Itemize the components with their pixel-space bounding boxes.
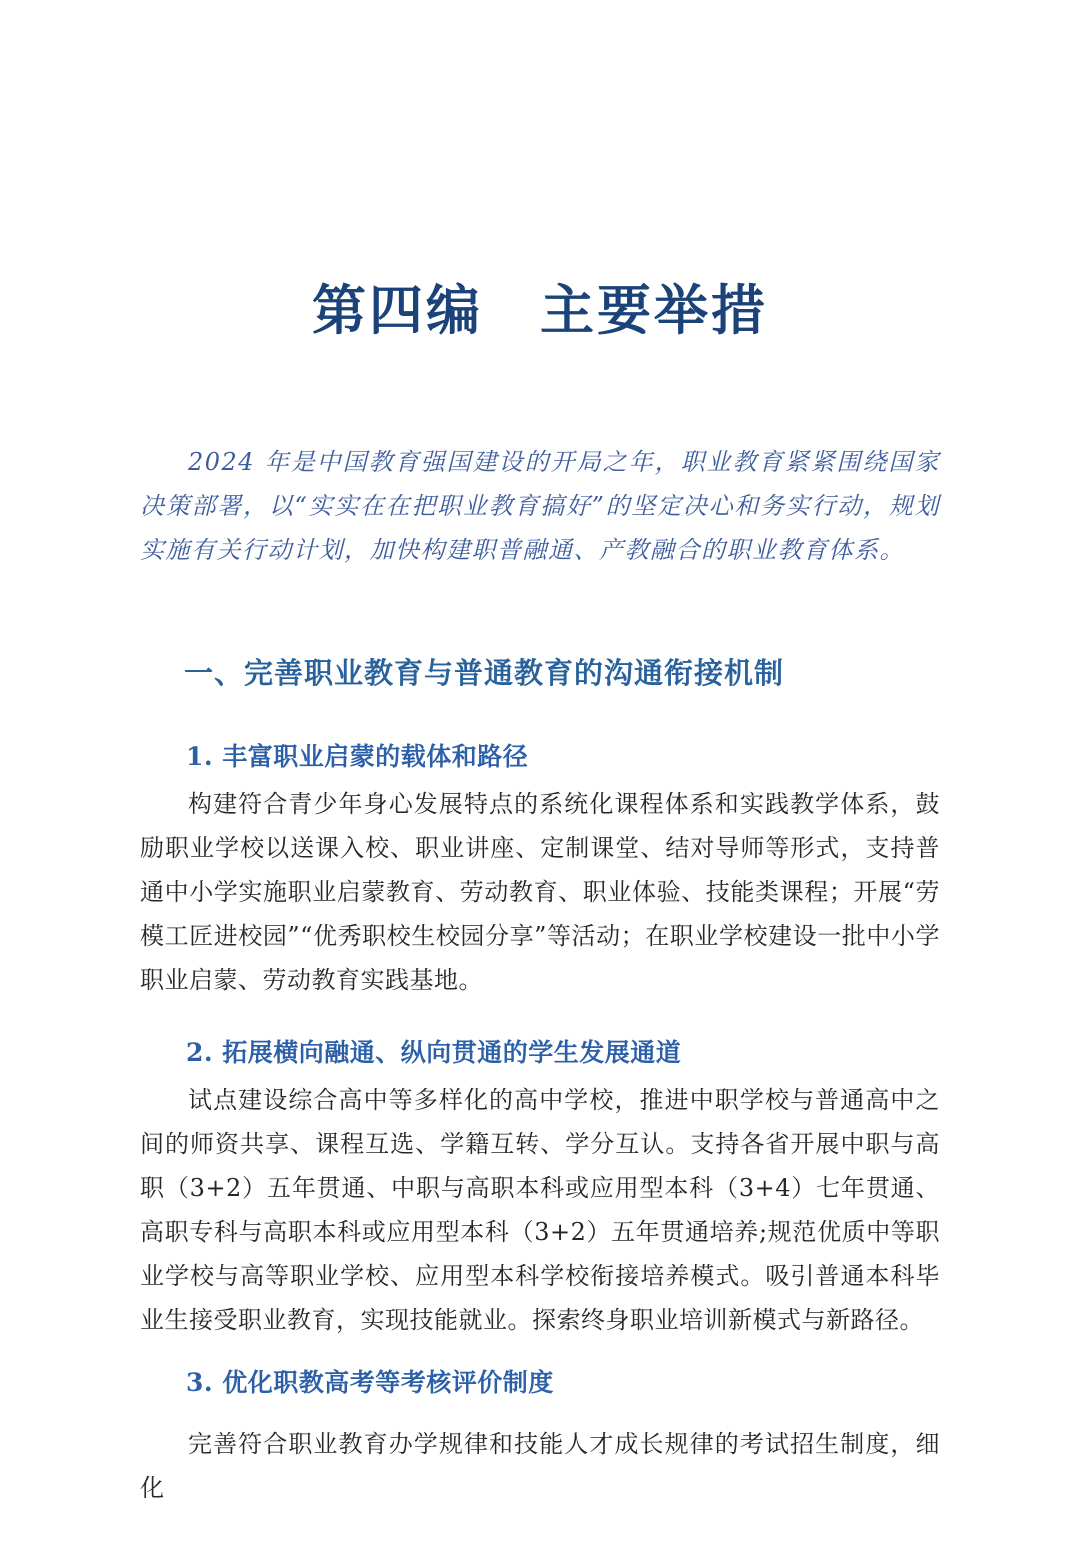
document-page: 第四编 主要举措 2024 年是中国教育强国建设的开局之年，职业教育紧紧围绕国家… — [0, 0, 1080, 1561]
subsection-2-body: 试点建设综合高中等多样化的高中学校，推进中职学校与普通高中之间的师资共享、课程互… — [140, 1078, 940, 1342]
subsection-3-heading: 3. 优化职教高考等考核评价制度 — [140, 1366, 940, 1400]
intro-paragraph: 2024 年是中国教育强国建设的开局之年，职业教育紧紧围绕国家决策部署，以“实实… — [140, 440, 940, 572]
subsection-1-heading: 1. 丰富职业启蒙的载体和路径 — [140, 740, 940, 774]
subsection-1-body: 构建符合青少年身心发展特点的系统化课程体系和实践教学体系，鼓励职业学校以送课入校… — [140, 782, 940, 1002]
subsection-2-heading: 2. 拓展横向融通、纵向贯通的学生发展通道 — [140, 1036, 940, 1070]
subsection-3-body: 完善符合职业教育办学规律和技能人才成长规律的考试招生制度，细化 — [140, 1422, 940, 1510]
section-heading: 一、完善职业教育与普通教育的沟通衔接机制 — [140, 652, 940, 694]
page-title: 第四编 主要举措 — [140, 0, 940, 344]
